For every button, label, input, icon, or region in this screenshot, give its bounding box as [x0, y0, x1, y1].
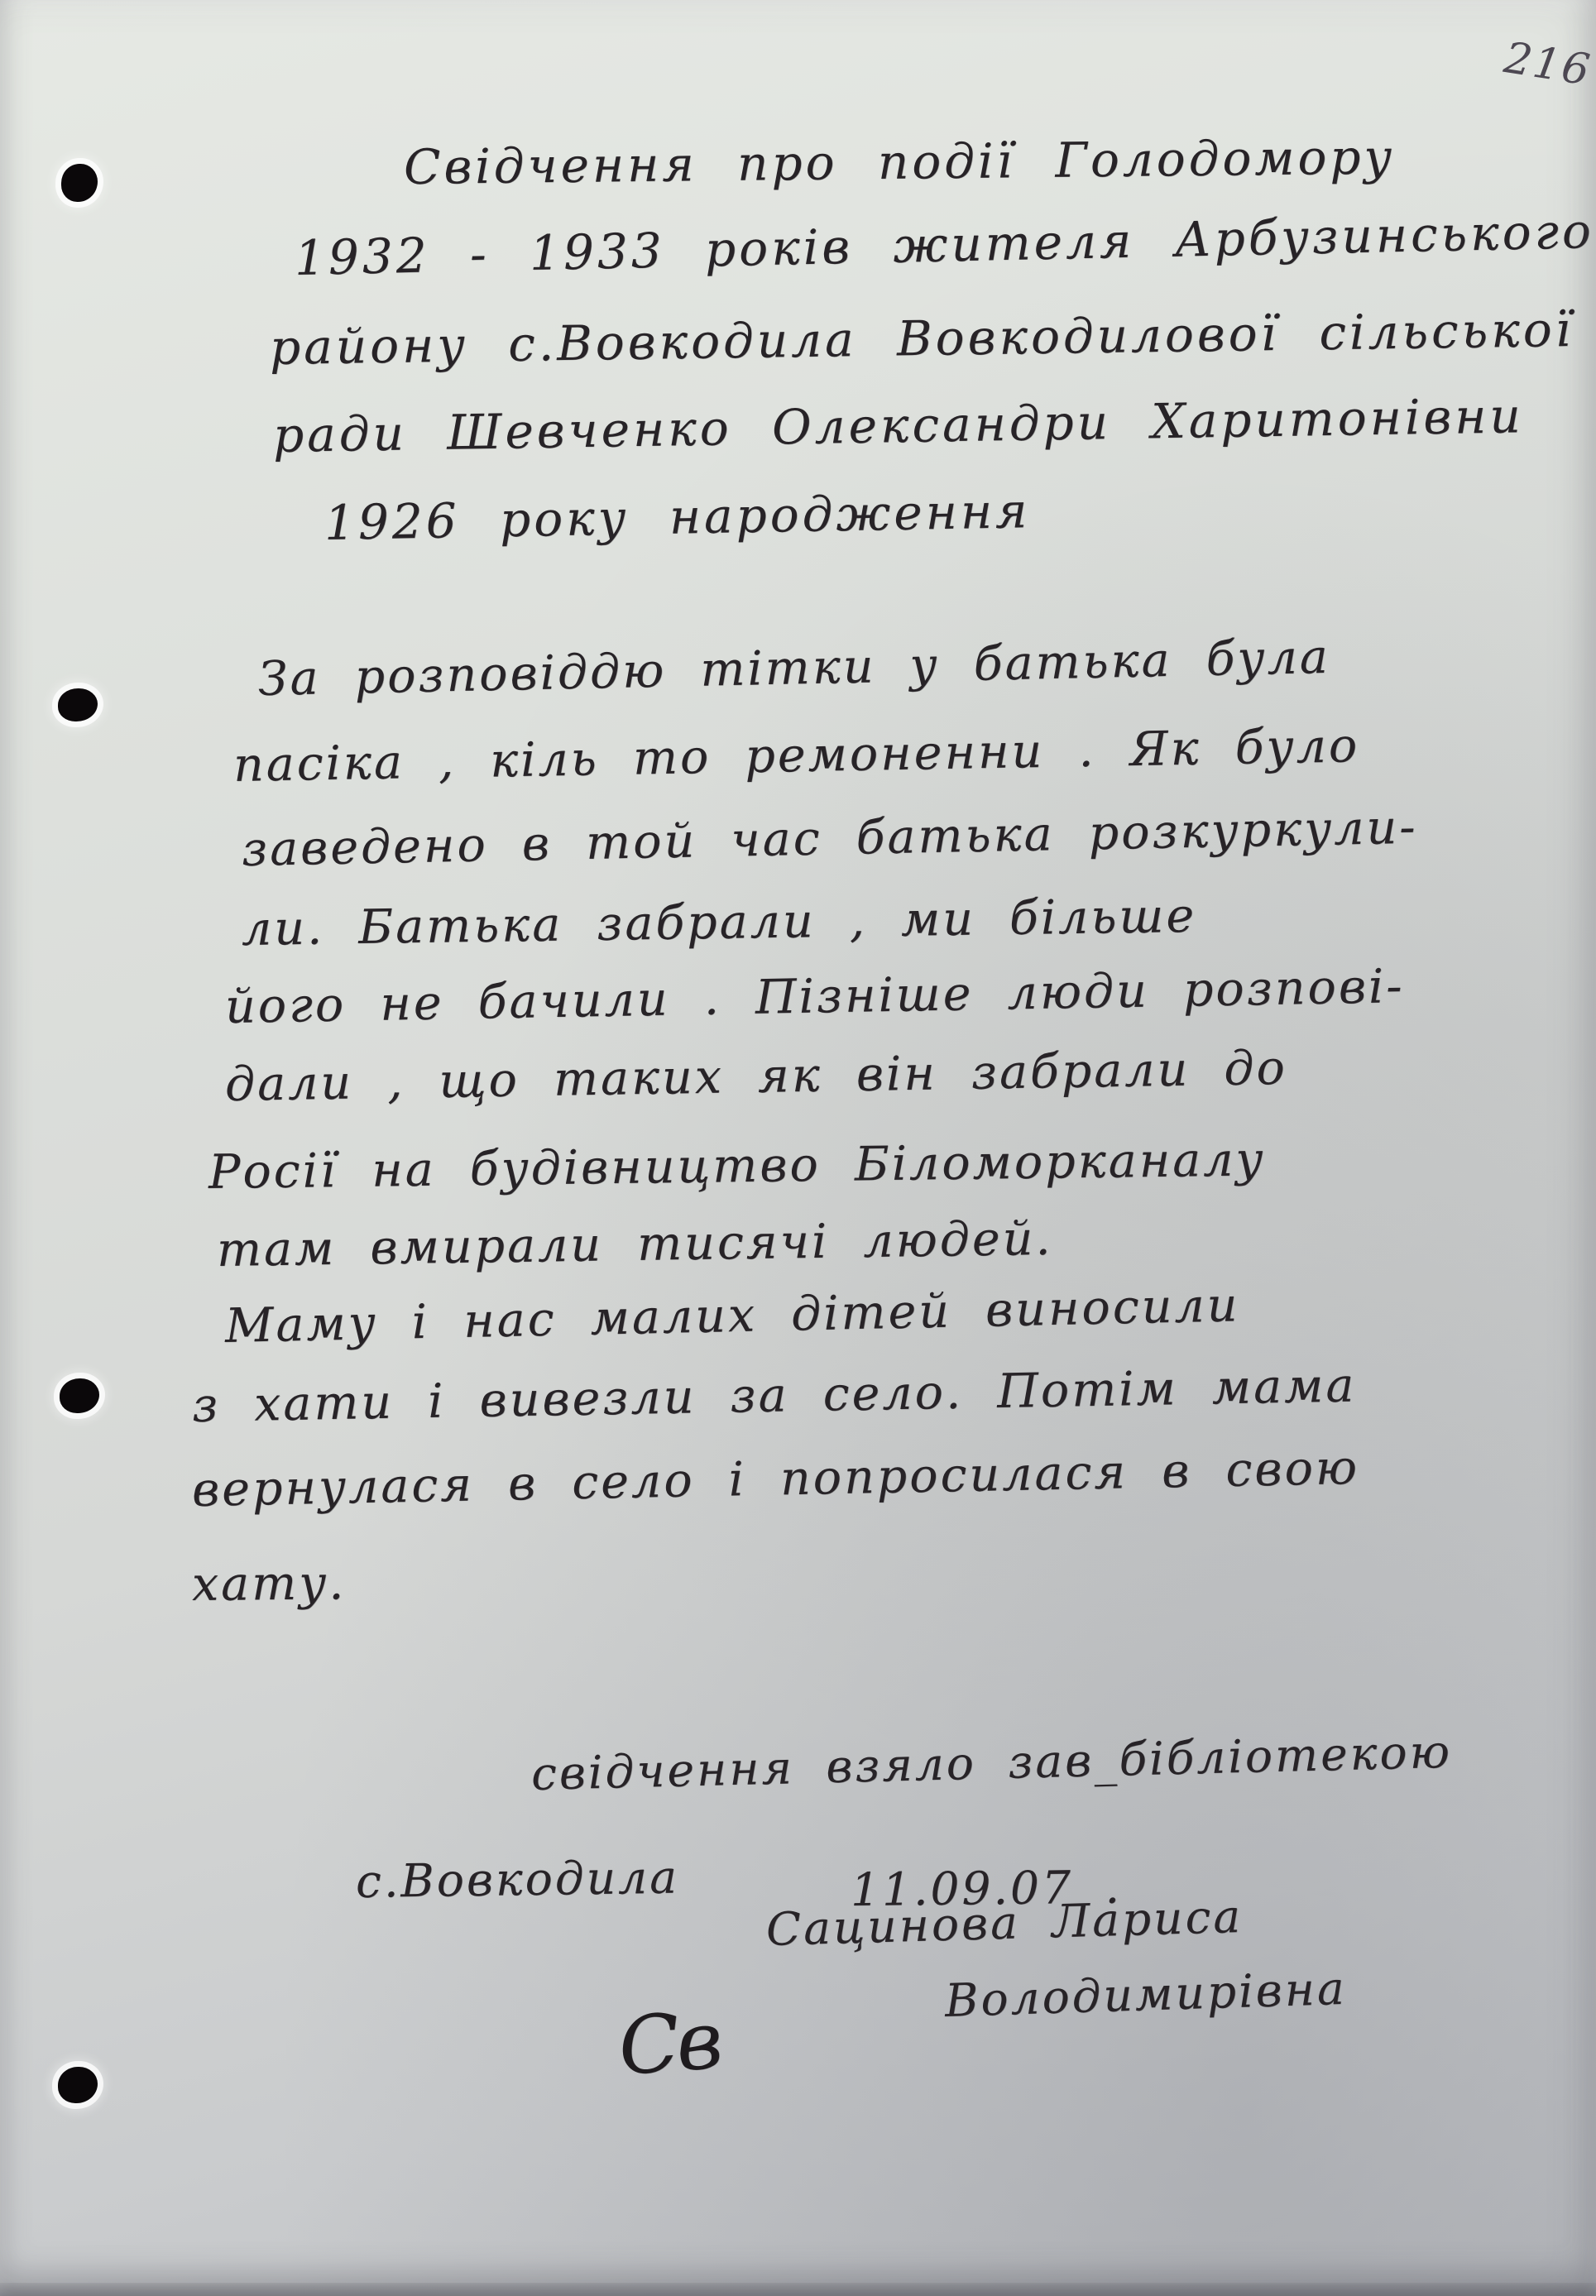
page-number: 216: [1501, 33, 1594, 96]
body-line-12: хату.: [192, 1555, 347, 1612]
body-line-2: пасіка , кіль то ремоненни . Як було: [232, 718, 1359, 793]
punch-hole-4: [58, 2067, 98, 2103]
body-line-7: Росії на будівництво Біломорканалу: [208, 1132, 1266, 1200]
recorder-name-line-1: Сацинова Лариса: [765, 1890, 1244, 1956]
body-line-9: Маму і нас малих дітей виносили: [224, 1277, 1240, 1354]
punch-hole-2: [58, 688, 98, 721]
body-line-8: там вмирали тисячі людей.: [217, 1211, 1053, 1277]
body-line-1: За розповіддю тітки у батька була: [257, 630, 1330, 707]
punch-hole-1: [61, 164, 98, 202]
scanned-document-page: 216 Свідчення про події Голодомору 1932 …: [0, 0, 1596, 2296]
title-line-1: Свідчення про події Голодомору: [404, 128, 1396, 195]
scan-bottom-shadow: [0, 2283, 1596, 2296]
signature-flourish: Св: [616, 1994, 722, 2093]
title-line-3: району с.Вовкодила Вовкодилової сільсько…: [270, 301, 1574, 376]
punch-hole-3: [60, 1378, 99, 1413]
recorder-name-line-2: Володимирівна: [944, 1962, 1348, 2027]
closing-taken-by: свідчення взяло зав_бібліотекою: [530, 1725, 1452, 1800]
body-line-4: ли. Батька забрали , ми більше: [242, 889, 1197, 956]
body-line-6: дали , що таких як він забрали до: [224, 1041, 1287, 1112]
body-line-5: його не бачили . Пізніше люди розпові-: [224, 959, 1405, 1034]
body-line-3: заведено в той час батька розкуркули-: [241, 800, 1418, 877]
title-line-5: 1926 року народження: [324, 482, 1031, 551]
title-line-2: 1932 - 1933 років жителя Арбузинського: [294, 203, 1594, 286]
closing-place: с.Вовкодила: [356, 1851, 680, 1908]
title-line-4: ради Шевченко Олександри Харитонівни: [272, 387, 1524, 463]
body-line-11: вернулася в село і попросилася в свою: [191, 1440, 1359, 1517]
body-line-10: з хати і вивезли за село. Потім мама: [191, 1358, 1356, 1433]
